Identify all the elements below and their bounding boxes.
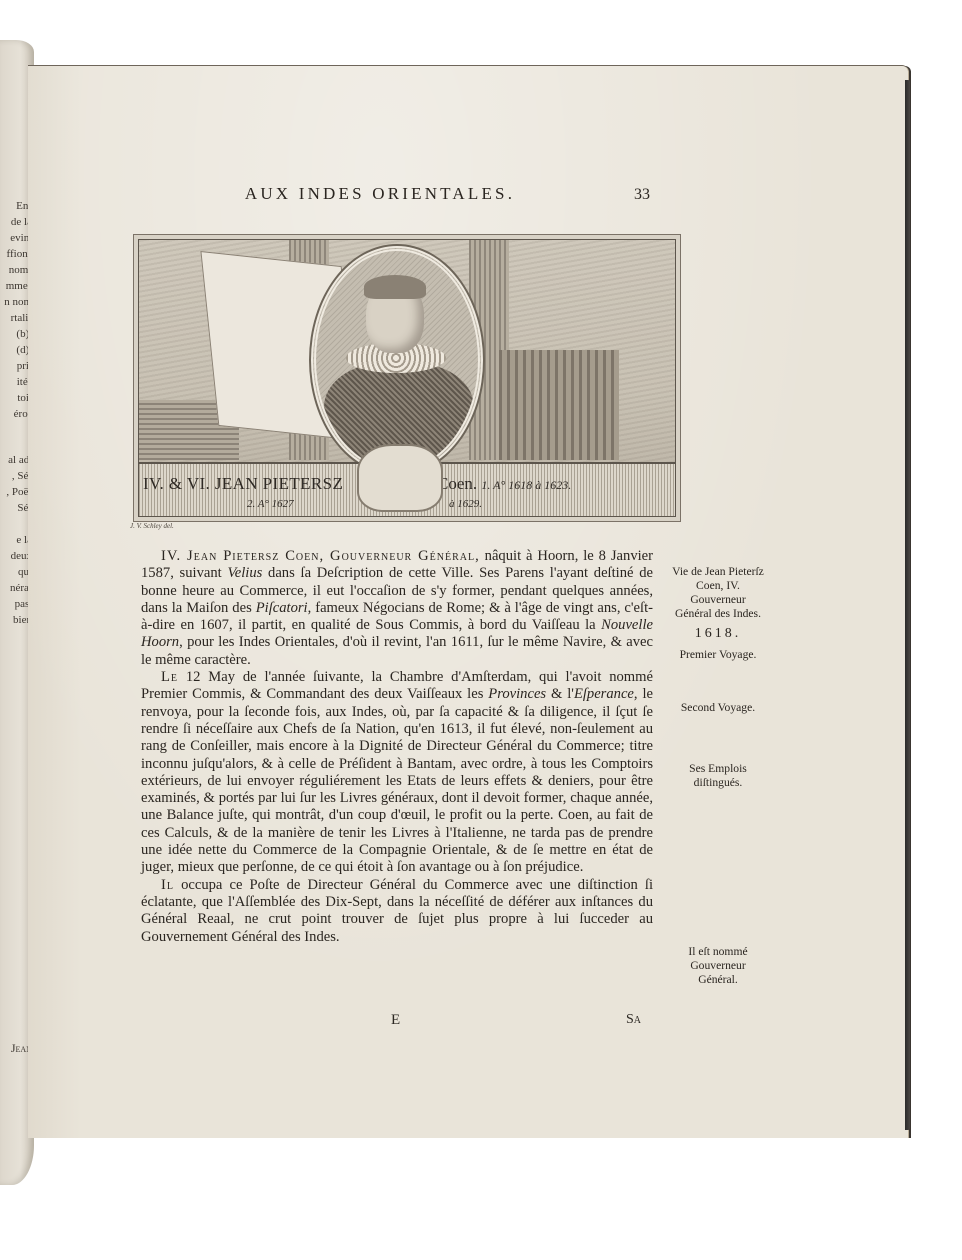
italic-term: Eſperance [574,686,634,702]
paragraph: IV. Jean Pietersz Coen, Gouverneur Génér… [141,548,653,669]
book-cover-edge [905,80,910,1130]
books-illustration [499,350,619,460]
engraver-credit: J. V. Schley del. [130,522,174,530]
margin-note-life: Vie de Jean Pieterſz Coen, IV. Gouverneu… [672,565,764,644]
running-title: AUX INDES ORIENTALES. [190,184,570,204]
portrait-oval-frame [311,246,483,474]
paragraph: Le 12 May de l'année ſuivante, la Chambr… [141,669,653,877]
paragraph-lead: Il [161,877,174,893]
engraved-portrait-plate: IV. & VI. Jean Pietersz Coen. 1. A° 1618… [133,234,681,522]
margin-note-text: Vie de Jean Pieterſz Coen, IV. Gouverneu… [672,565,764,621]
body-text: IV. Jean Pietersz Coen, Gouverneur Génér… [141,548,653,946]
caption-surname: Coen. [437,474,477,493]
caption-dates-second-right: à 1629. [449,498,482,510]
margin-note-second-voyage: Second Voyage. [672,701,764,715]
engraving-scene: IV. & VI. Jean Pietersz Coen. 1. A° 1618… [138,239,676,517]
italic-term: Provinces [488,686,546,702]
portrait-hair [364,275,426,299]
rococo-cartouche-ornament [357,444,443,512]
margin-note-year: 1618. [672,627,764,641]
caption-name-right: Coen. 1. A° 1618 à 1623. [437,474,571,494]
caption-dates-first: 1. A° 1618 à 1623. [481,478,571,492]
margin-note-employments: Ses Emplois diſtingués. [672,762,764,790]
caption-name-left: IV. & VI. Jean Pietersz [143,474,343,494]
paragraph-lead: IV. Jean Pietersz Coen, Gouverneur Génér… [161,548,480,564]
page-number: 33 [634,186,650,204]
signature-mark: E [391,1012,400,1029]
paragraph: Il occupa ce Poſte de Directeur Général … [141,877,653,946]
catchword: Sa [626,1012,641,1028]
italic-term: Velius [227,565,262,581]
italic-term: Piſcatori [256,600,308,616]
paragraph-lead: Le [161,669,178,685]
margin-note-appointed: Il eſt nommé Gouverneur Général. [672,945,764,987]
margin-note-first-voyage: Premier Voyage. [672,648,764,662]
italic-term: Nouvelle Hoorn [141,617,653,650]
caption-dates-second-left: 2. A° 1627 [247,498,294,510]
